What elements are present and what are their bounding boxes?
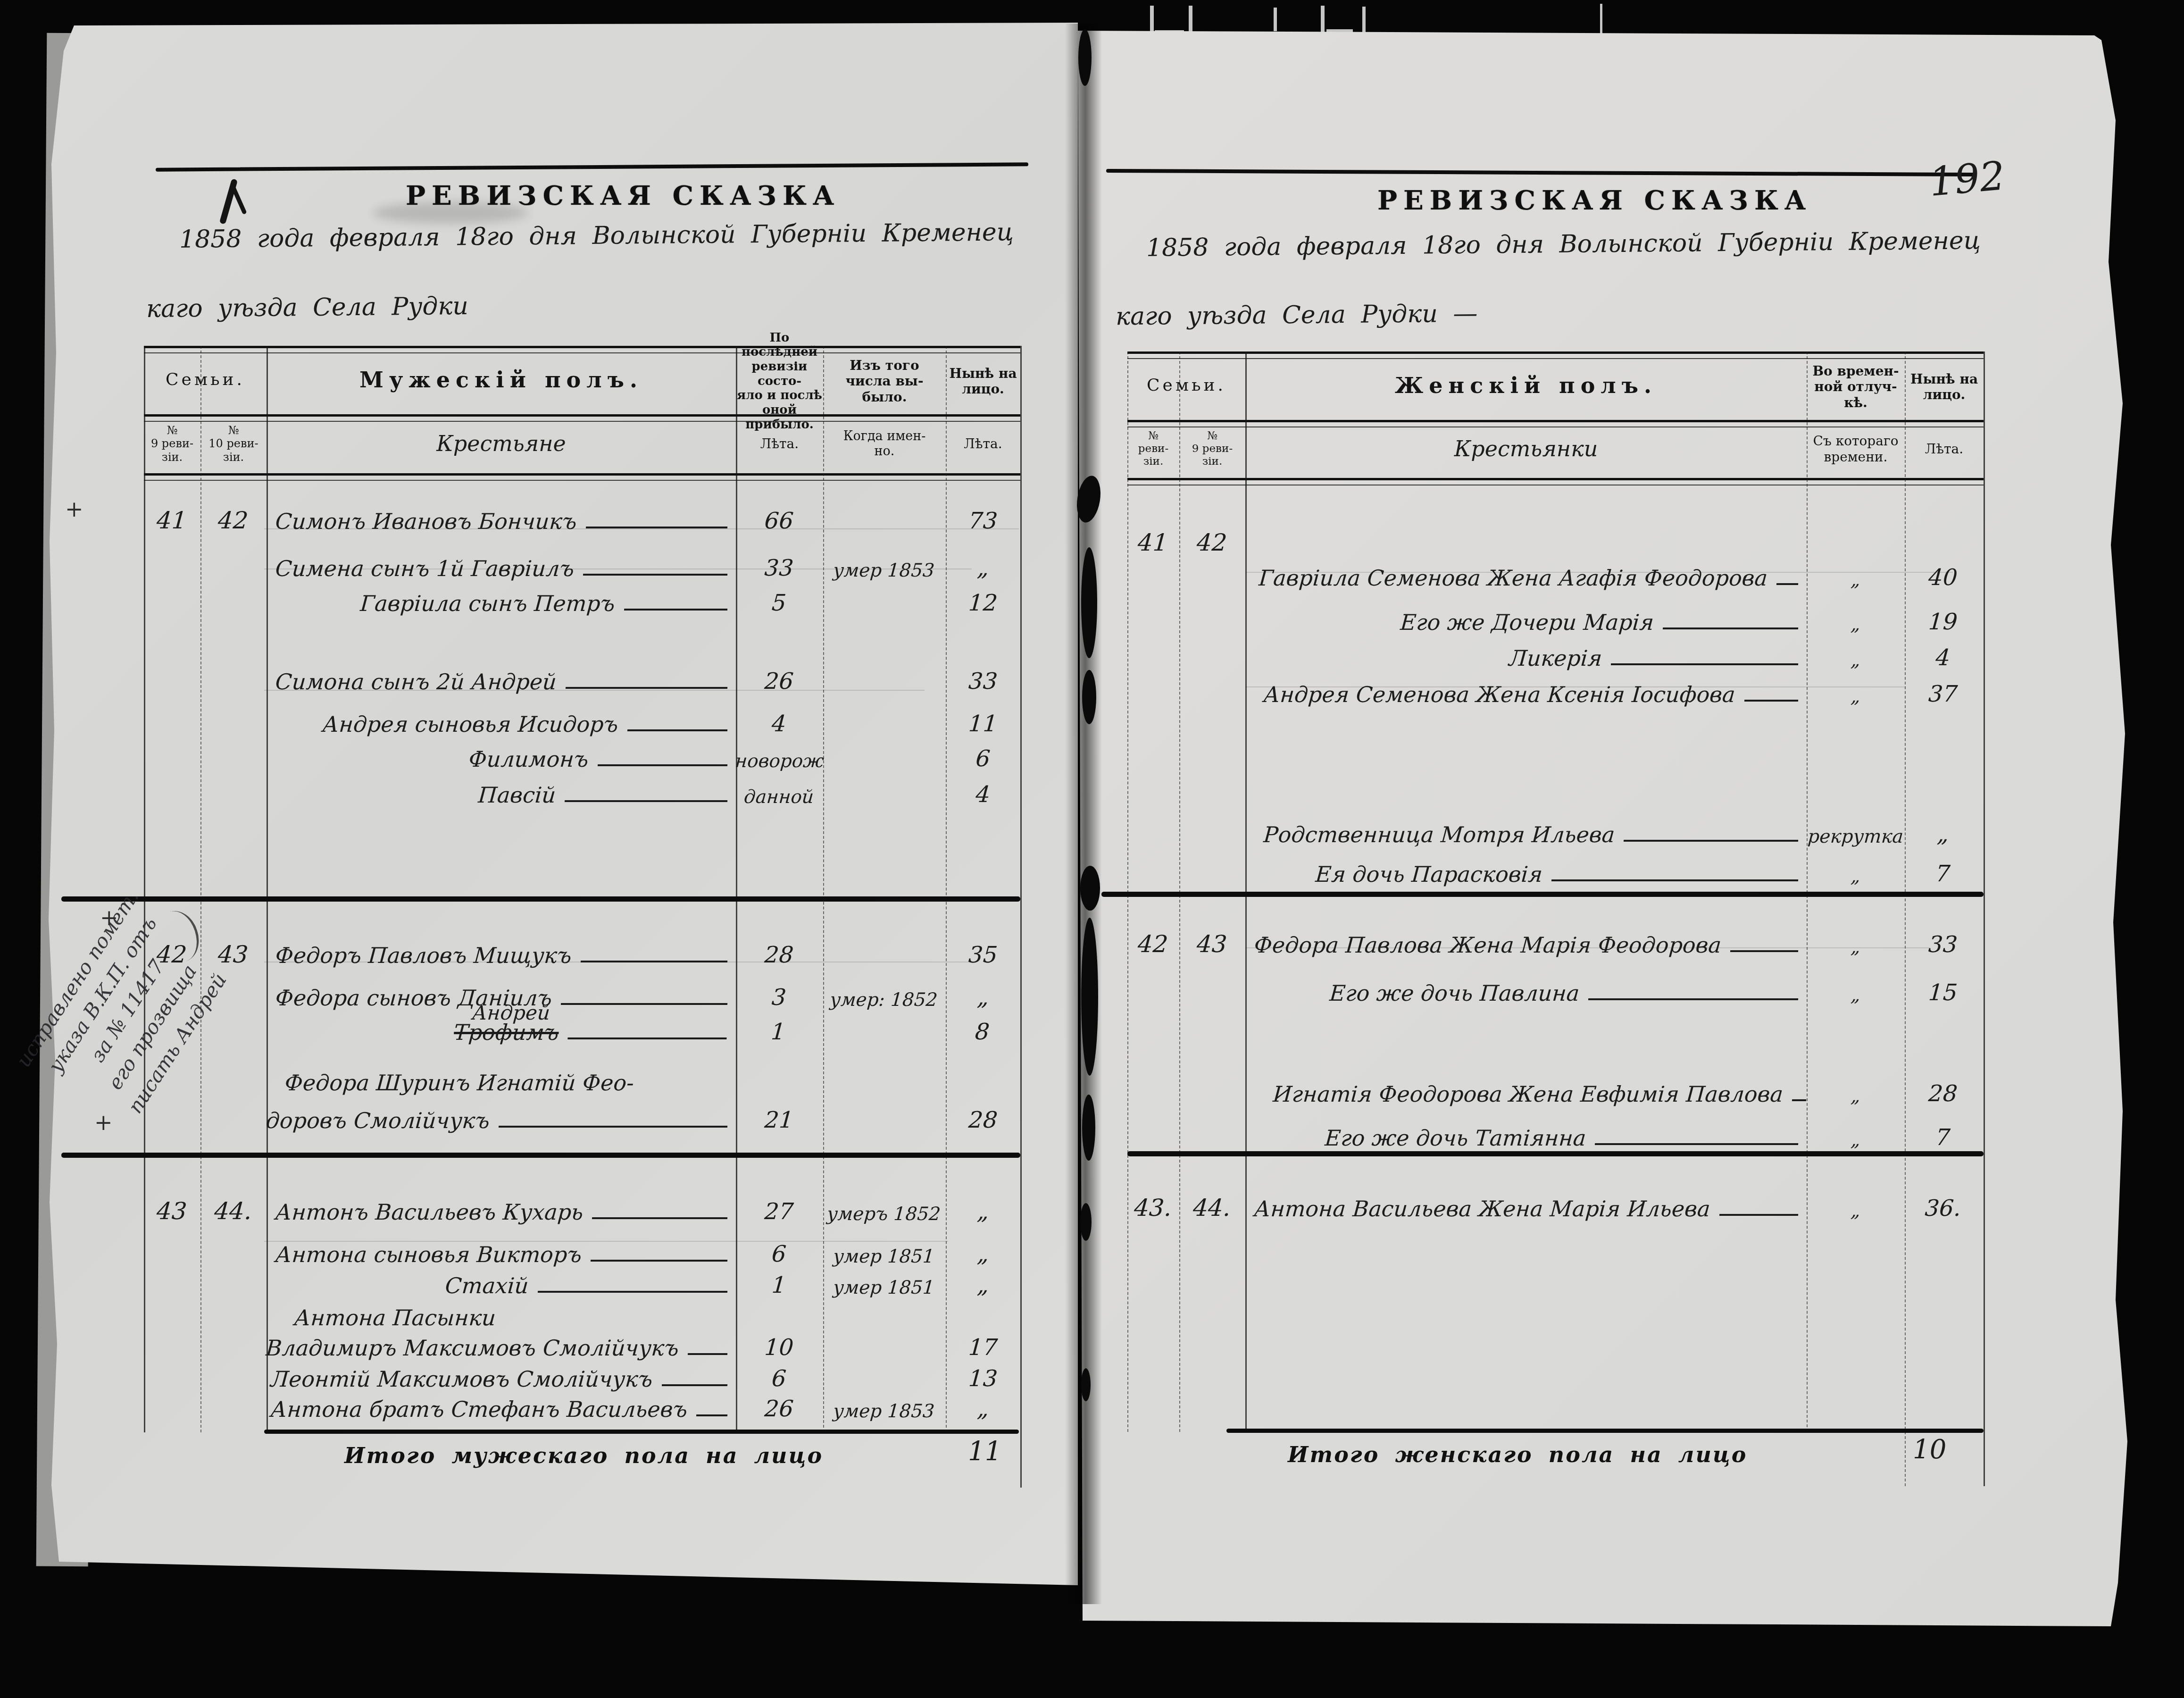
since-when: „ bbox=[1805, 1086, 1906, 1107]
person-name: Антона Васильева Жена Марія Ильева bbox=[1244, 1196, 1807, 1221]
table-row: 42 43 Федора Павлова Жена Марія Феодоров… bbox=[1126, 918, 1983, 958]
person-name: Гавріила сынъ Петръ bbox=[265, 591, 736, 616]
binding-blob bbox=[1082, 670, 1096, 724]
ruled-fill-line bbox=[1595, 1143, 1798, 1145]
rev9-number: 43 bbox=[142, 1197, 201, 1225]
person-name: Антонъ Васильевъ Кухарь bbox=[265, 1199, 736, 1225]
years-now: 33 bbox=[944, 668, 1022, 694]
table-row: Андрея Семенова Жена Ксенія Іосифова „ 3… bbox=[1126, 668, 1983, 707]
table-row: 41 42 bbox=[1126, 517, 1983, 556]
years-now: 4 bbox=[944, 781, 1022, 808]
years-now: 15 bbox=[1904, 979, 1982, 1006]
person-name: Андрей Трофимъ bbox=[264, 1001, 737, 1045]
years-now: „ bbox=[1904, 821, 1982, 847]
person-name: Павсій bbox=[265, 782, 736, 808]
ruled-fill-line bbox=[597, 764, 727, 766]
table-row: Ликерія „ 4 bbox=[1126, 631, 1983, 671]
person-name: Его же дочь Павлина bbox=[1244, 980, 1807, 1006]
table-row: Симона сынъ 2й Андрей 26 33 bbox=[142, 655, 1023, 694]
table-row: Его же дочь Татіянна „ 7 bbox=[1126, 1111, 1983, 1151]
column-divider bbox=[1984, 351, 1985, 1486]
table-row: Игнатія Феодорова Жена Евфимія Павлова „… bbox=[1126, 1067, 1983, 1107]
person-name: Федоръ Павловъ Мищукъ bbox=[265, 943, 736, 968]
rev9-number: 42 bbox=[1126, 930, 1180, 958]
table-border bbox=[144, 473, 1020, 481]
footer-total-label: Итого женскаго пола на лицо bbox=[1288, 1442, 1747, 1467]
person-name: Симонъ Ивановъ Бончикъ bbox=[265, 509, 736, 534]
ruled-fill-line bbox=[1719, 1214, 1799, 1216]
newborn-note: данной bbox=[734, 786, 823, 808]
rev10-number: 42 bbox=[199, 507, 267, 534]
header-families: Семьи. bbox=[144, 346, 267, 414]
header-when-exactly: Когда имен- но. bbox=[823, 414, 946, 473]
ruled-fill-line bbox=[696, 1414, 727, 1416]
table-row: Его же дочь Павлина „ 15 bbox=[1126, 966, 1983, 1006]
header-rev9-number: № 9 реви- зіи. bbox=[144, 414, 200, 473]
binding-blob bbox=[1078, 29, 1092, 86]
years-now: „ bbox=[944, 1396, 1022, 1422]
margin-cross-mark: + bbox=[94, 1110, 113, 1135]
person-name: Гавріила Семенова Жена Агафія Феодорова bbox=[1244, 565, 1807, 591]
ruled-fill-line bbox=[583, 574, 727, 576]
since-when: „ bbox=[1805, 1129, 1906, 1151]
ruled-fill-line bbox=[1588, 998, 1798, 1000]
header-male-column: Мужескій полъ. bbox=[267, 346, 736, 414]
header-category: Крестьянки bbox=[1245, 420, 1807, 478]
years-last-revision: 26 bbox=[734, 1396, 824, 1422]
family-block-divider bbox=[1101, 892, 1984, 897]
person-name: Антона братъ Стефанъ Васильевъ bbox=[265, 1397, 736, 1422]
since-when: „ bbox=[1805, 1200, 1906, 1221]
ruled-fill-line bbox=[1611, 663, 1798, 665]
header-years: Лѣта. bbox=[1905, 420, 1984, 478]
years-now: 7 bbox=[1904, 1124, 1982, 1151]
margin-cross-mark: + bbox=[65, 496, 83, 522]
book-scan: РЕВИЗСКАЯ СКАЗКА 1858 года февраля 18го … bbox=[0, 0, 2184, 1698]
footer-total-value: 10 bbox=[1913, 1434, 1946, 1465]
person-name: Андрея Семенова Жена Ксенія Іосифова bbox=[1244, 682, 1807, 707]
footer-rule bbox=[264, 1430, 1019, 1434]
years-last-revision: 66 bbox=[734, 508, 824, 534]
table-row: Федора Шуринъ Игнатій Фео- bbox=[142, 1056, 1023, 1096]
years-now: 73 bbox=[944, 508, 1022, 534]
table-row: Андрея сыновья Исидоръ 4 11 bbox=[142, 697, 1023, 737]
years-now: 40 bbox=[1904, 564, 1982, 591]
book-gutter bbox=[1065, 24, 1102, 1604]
person-name: Родственница Мотря Ильева bbox=[1244, 822, 1807, 847]
header-category: Крестьяне bbox=[267, 414, 736, 473]
table-row: Родственница Мотря Ильева рекрутка „ bbox=[1126, 808, 1983, 847]
departure-note: умеръ 1852 bbox=[822, 1204, 946, 1225]
ruled-fill-line bbox=[1663, 627, 1798, 629]
person-name: Игнатія Феодорова Жена Евфимія Павлова bbox=[1244, 1081, 1807, 1107]
footer-total-label: Итого мужескаго пола на лицо bbox=[344, 1443, 823, 1468]
years-last-revision: 1 bbox=[734, 1019, 823, 1045]
family-block-divider bbox=[1127, 1151, 1984, 1156]
ruled-fill-line bbox=[565, 800, 727, 802]
since-when: „ bbox=[1805, 866, 1906, 887]
rev10-number: 44. bbox=[199, 1197, 267, 1225]
years-last-revision: 21 bbox=[734, 1107, 824, 1133]
date-line: каго уѣзда Села Рудки — bbox=[1116, 300, 1478, 331]
table-row: доровъ Смолійчукъ 21 28 bbox=[142, 1094, 1023, 1133]
years-now: 35 bbox=[944, 942, 1022, 968]
ruled-fill-line bbox=[1744, 700, 1799, 702]
ruled-fill-line bbox=[592, 1217, 727, 1219]
header-temporary-absence: Во времен- ной отлуч- кѣ. bbox=[1807, 354, 1905, 420]
person-name: Федора Павлова Жена Марія Феодорова bbox=[1244, 932, 1807, 958]
years-now: „ bbox=[944, 1198, 1022, 1225]
binding-blob bbox=[1081, 918, 1098, 1076]
page-number: 192 bbox=[1927, 152, 2007, 205]
ruled-fill-line bbox=[627, 729, 728, 731]
years-now: 28 bbox=[1904, 1080, 1982, 1107]
person-name: доровъ Смолійчукъ bbox=[265, 1108, 736, 1133]
years-now: 28 bbox=[944, 1107, 1022, 1133]
years-now: 33 bbox=[1904, 931, 1982, 958]
footer-total-value: 11 bbox=[968, 1436, 1001, 1467]
margin-cross-mark: + bbox=[100, 905, 118, 930]
years-last-revision: 5 bbox=[734, 590, 824, 616]
scan-artifact bbox=[1362, 7, 1366, 33]
ruled-fill-line bbox=[624, 609, 728, 611]
binding-blob bbox=[1081, 1368, 1091, 1401]
rev9-number: 43. bbox=[1126, 1194, 1180, 1221]
header-years-now: Лѣта. bbox=[946, 414, 1020, 473]
table-row: 43. 44. Антона Васильева Жена Марія Илье… bbox=[1126, 1182, 1983, 1221]
table-row: Гавріила Семенова Жена Агафія Феодорова … bbox=[1126, 551, 1983, 591]
years-last-revision: 28 bbox=[734, 942, 824, 968]
table-row: 43 44. Антонъ Васильевъ Кухарь 27 умеръ … bbox=[142, 1185, 1023, 1225]
table-row: Его же Дочери Марія „ 19 bbox=[1126, 595, 1983, 635]
scan-artifact bbox=[1274, 8, 1277, 31]
table-row: Андрей Трофимъ 1 8 bbox=[142, 984, 1023, 1045]
table-row: Филимонъ новорож 6 bbox=[142, 732, 1023, 772]
header-female-column: Женскій полъ. bbox=[1245, 351, 1807, 420]
header-years-last: Лѣта. bbox=[736, 414, 823, 473]
header-families: Семьи. bbox=[1127, 351, 1245, 420]
inserted-name: Андрей bbox=[472, 1001, 578, 1024]
date-line: каго уѣзда Села Рудки bbox=[146, 292, 468, 323]
table-row: Антона братъ Стефанъ Васильевъ 26 умер 1… bbox=[142, 1382, 1023, 1422]
family-block-divider bbox=[61, 1153, 1020, 1158]
table-row: Ея дочь Парасковія „ 7 bbox=[1126, 847, 1983, 887]
table-row: Гавріила сынъ Петръ 5 12 bbox=[142, 577, 1023, 616]
ruled-fill-line bbox=[1551, 879, 1798, 881]
ruled-fill-line bbox=[1730, 950, 1798, 952]
scan-artifact bbox=[1150, 6, 1154, 35]
departure-note: умер 1853 bbox=[822, 1401, 946, 1422]
scan-artifact bbox=[1321, 6, 1325, 33]
ruled-fill-line bbox=[499, 1126, 727, 1128]
ruled-fill-line bbox=[1776, 583, 1798, 585]
years-now: 7 bbox=[1904, 861, 1982, 887]
header-rev-number: № реви- зіи. bbox=[1127, 420, 1179, 478]
header-departed: Изъ того числа вы- было. bbox=[823, 348, 946, 414]
corrected-name: Андрей Трофимъ bbox=[453, 1001, 561, 1045]
binding-blob bbox=[1080, 1203, 1092, 1241]
years-now: 37 bbox=[1904, 681, 1982, 707]
scan-artifact bbox=[1189, 6, 1192, 32]
rev10-number: 44. bbox=[1178, 1194, 1246, 1221]
header-rev10-number: № 10 реви- зіи. bbox=[200, 414, 267, 473]
rev10-number: 43 bbox=[1178, 930, 1246, 958]
years-now: 36. bbox=[1904, 1195, 1982, 1221]
rev9-number: 41 bbox=[142, 507, 201, 534]
footer-rule bbox=[1226, 1429, 1984, 1433]
ruled-fill-line bbox=[1624, 840, 1798, 842]
table-row: Симена сынъ 1й Гавріилъ 33 умер 1853 „ bbox=[142, 542, 1023, 581]
page-title: РЕВИЗСКАЯ СКАЗКА bbox=[1377, 185, 1812, 216]
ruled-fill-line bbox=[1792, 1099, 1806, 1101]
since-when: рекрутка bbox=[1805, 826, 1906, 847]
person-name: Ликерія bbox=[1244, 645, 1807, 671]
person-name: Его же дочь Татіянна bbox=[1244, 1125, 1807, 1151]
since-when: „ bbox=[1805, 985, 1906, 1006]
since-when: „ bbox=[1805, 686, 1906, 707]
header-last-revision: По послѣдней ревизіи состо- яло и послѣ … bbox=[736, 348, 823, 414]
years-now: 12 bbox=[944, 590, 1022, 616]
ink-smudge bbox=[373, 202, 528, 224]
table-row: Павсій данной 4 bbox=[142, 768, 1023, 808]
person-name: Ея дочь Парасковія bbox=[1244, 862, 1807, 887]
header-now-present: Нынѣ на лицо. bbox=[946, 348, 1020, 414]
years-last-revision: 27 bbox=[734, 1198, 824, 1225]
ruled-fill-line bbox=[566, 687, 727, 689]
person-name: Федора Шуринъ Игнатій Фео- bbox=[265, 1070, 736, 1096]
ruled-fill-line bbox=[568, 1037, 727, 1039]
binding-blob bbox=[1082, 1095, 1095, 1161]
binding-blob bbox=[1080, 866, 1100, 911]
years-now: 4 bbox=[1904, 644, 1982, 671]
header-now-present: Нынѣ на лицо. bbox=[1905, 354, 1984, 420]
table-border bbox=[1127, 478, 1984, 485]
header-rev9-number: № 9 реви- зіи. bbox=[1179, 420, 1245, 478]
years-now: 8 bbox=[943, 1019, 1021, 1045]
binding-blob bbox=[1081, 547, 1097, 658]
header-since-when: Съ котораго времени. bbox=[1807, 420, 1905, 478]
